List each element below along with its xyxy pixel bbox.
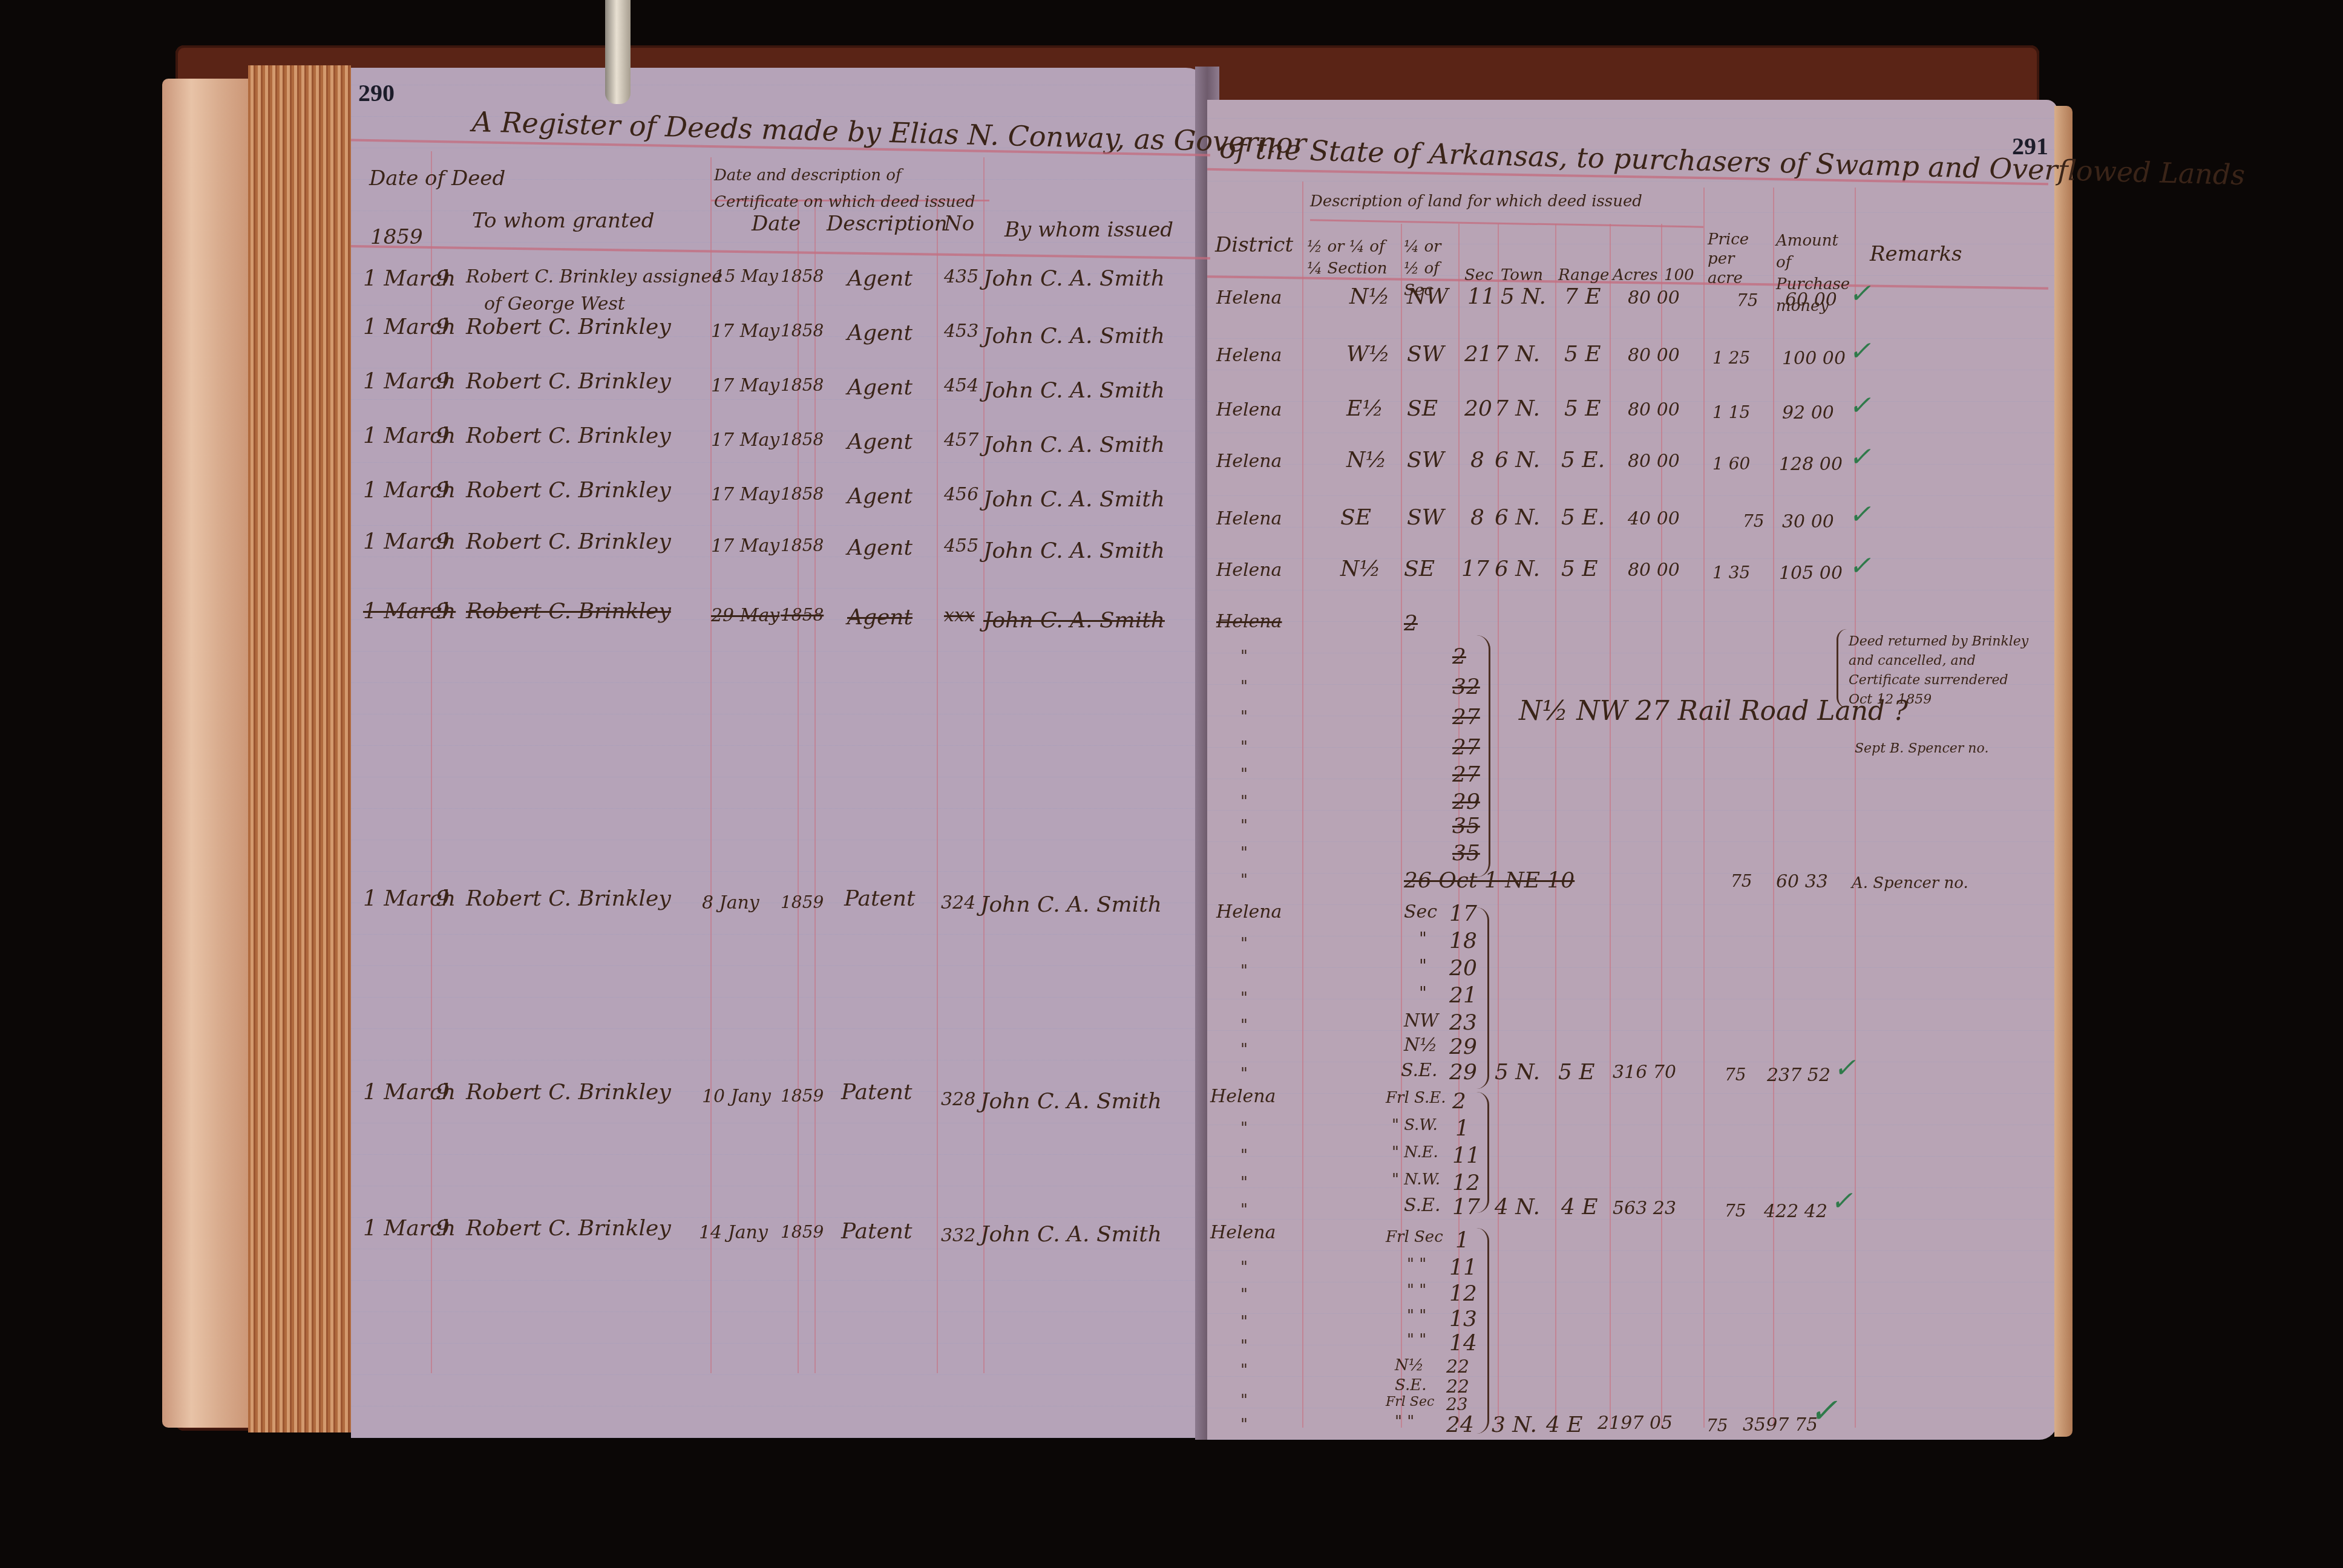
ditto-mark: " (1240, 989, 1248, 1007)
brace (1476, 635, 1490, 877)
brace (1837, 629, 1847, 708)
row-cert-desc: Agent (847, 535, 913, 560)
row-day: 9 (436, 266, 450, 291)
col-divider (1555, 224, 1556, 1428)
page-stack (248, 65, 351, 1432)
ditto-mark: " (1240, 1016, 1248, 1034)
hdr-cert-date: Date (752, 212, 801, 236)
row-range: 5 E. (1561, 505, 1605, 530)
row-sec: 20 (1464, 396, 1492, 421)
brace (1476, 1092, 1489, 1213)
row-town: 6 N. (1495, 557, 1540, 581)
row-cert-date: 17 May (711, 535, 779, 557)
row-price: 1 35 (1712, 563, 1750, 583)
cancelled-price: 75 (1731, 871, 1752, 891)
hdr-acres: Acres (1613, 266, 1658, 284)
line-part: Sec (1404, 901, 1437, 923)
row-district: Helena (1216, 451, 1282, 472)
row-grantee: Robert C. Brinkley (466, 369, 671, 394)
row-part: E½ (1346, 396, 1383, 421)
row-cert-date: 29 May (711, 605, 779, 626)
row-cert-no: 457 (944, 430, 978, 451)
book-page-edge (162, 79, 259, 1428)
line-part: S.E. (1404, 1195, 1440, 1216)
line-sec: 20 (1449, 956, 1477, 981)
cancelled-sec: 29 (1452, 789, 1480, 814)
row-cert-no: 456 (944, 484, 978, 505)
col-divider (1855, 188, 1856, 1428)
cancelled-amount: 60 33 (1776, 871, 1828, 892)
checkmark-icon: ✓ (1849, 336, 1871, 367)
line-sec: 13 (1449, 1307, 1477, 1331)
row-amount: 92 00 (1782, 402, 1834, 423)
row-price: 75 (1706, 1416, 1728, 1436)
line-sec: 18 (1449, 929, 1477, 953)
row-cert-no: 455 (944, 535, 978, 557)
row-issuer: John C. A. Smith (983, 324, 1165, 348)
checkmark-icon: ✓ (1830, 1186, 1853, 1217)
row-issuer: John C. A. Smith (983, 378, 1165, 403)
row-range: 5 E (1558, 1060, 1595, 1085)
row-grantee: Robert C. Brinkley (466, 1216, 671, 1241)
ditto-mark: " (1240, 1146, 1248, 1165)
row-quarter: SE (1404, 557, 1435, 581)
hdr-district: District (1215, 233, 1293, 257)
row-acres: 80 00 (1628, 345, 1680, 366)
row-price: 75 (1737, 290, 1758, 310)
row-range: 5 E. (1561, 448, 1605, 472)
row-day: 9 (436, 1216, 450, 1241)
checkmark-icon: ✓ (1849, 390, 1871, 421)
ditto-mark: " (1240, 765, 1248, 783)
ditto-mark: " (1240, 792, 1248, 811)
line-sec: 23 (1449, 1010, 1477, 1035)
row-amount: 105 00 (1779, 563, 1843, 584)
ditto-mark: " (1240, 1361, 1248, 1379)
row-grantee: Robert C. Brinkley assignee (466, 266, 723, 287)
row-acres: 2197 05 (1597, 1413, 1673, 1434)
row-grantee: Robert C. Brinkley (466, 529, 671, 554)
line-part: S.E. (1395, 1376, 1426, 1394)
line-sec: 14 (1449, 1331, 1477, 1356)
ditto-mark: " (1240, 871, 1248, 889)
row-cert-desc: Agent (847, 484, 913, 509)
row-town: 7 N. (1495, 342, 1540, 367)
ditto-mark: " (1240, 817, 1248, 835)
row-part: W½ (1346, 342, 1390, 367)
row-cert-date: 15 May (714, 266, 778, 286)
hdr-date-of: Date of Deed (369, 166, 505, 191)
line-part: " " (1407, 1255, 1426, 1273)
line-sec: 29 (1449, 1060, 1477, 1085)
row-cert-desc: Agent (847, 375, 913, 400)
row-cert-year: 1858 (781, 266, 824, 286)
line-part: " N.E. (1392, 1143, 1438, 1161)
row-district: Helena (1216, 901, 1282, 923)
row-district: Helena (1216, 345, 1282, 366)
row-cert-year: 1859 (781, 892, 824, 912)
row-town: 6 N. (1495, 505, 1540, 530)
ditto-mark: " (1240, 935, 1248, 953)
row-range: 5 E (1564, 342, 1601, 367)
hdr-part-of-section: ½ or ¼ of ¼ Section (1307, 236, 1398, 279)
row-acres: 80 00 (1628, 451, 1680, 472)
row-issuer: John C. A. Smith (980, 892, 1162, 917)
row-price: 1 25 (1712, 348, 1750, 368)
ditto-mark: " (1240, 1285, 1248, 1304)
line-sec: 12 (1449, 1281, 1477, 1306)
line-part: N½ (1395, 1356, 1424, 1374)
line-part: " " (1395, 1413, 1414, 1431)
line-part: Frl Sec (1386, 1228, 1443, 1246)
row-cert-date: 17 May (711, 375, 779, 396)
row-acres: 80 00 (1628, 560, 1680, 581)
row-cert-date: 17 May (711, 430, 779, 451)
ditto-mark: " (1240, 1313, 1248, 1331)
col-divider (937, 200, 938, 1373)
hdr-sec: Sec (1464, 266, 1493, 284)
col-divider (1703, 188, 1705, 1428)
line-part: " (1419, 929, 1427, 949)
ditto-mark: " (1240, 1040, 1248, 1059)
row-sec: 11 (1467, 284, 1495, 309)
row-cert-desc: Agent (847, 266, 913, 291)
row-cert-desc: Patent (844, 886, 916, 911)
col-divider (1610, 224, 1611, 1428)
line-sec: 17 (1449, 901, 1477, 926)
row-day: 9 (436, 529, 450, 554)
row-quarter: SW (1407, 505, 1444, 530)
row-amount: 100 00 (1782, 348, 1846, 369)
row-grantee: Robert C. Brinkley (466, 478, 671, 503)
cancelled-sec: 2 (1404, 611, 1418, 636)
ditto-mark: " (1240, 1258, 1248, 1276)
row-town: 6 N. (1495, 448, 1540, 472)
col-divider (1302, 181, 1303, 1428)
cancelled-sec: 27 (1452, 762, 1480, 787)
checkmark-icon: ✓ (1833, 1053, 1856, 1083)
ditto-mark: " (1240, 1119, 1248, 1137)
row-issuer: John C. A. Smith (983, 538, 1165, 563)
hdr-land-group: Description of land for which deed issue… (1310, 192, 1642, 211)
row-sec: 21 (1464, 342, 1492, 367)
right-page-edge (2054, 106, 2073, 1437)
checkmark-icon: ✓ (1849, 550, 1871, 581)
ditto-mark: " (1240, 678, 1248, 696)
line-part: " N.W. (1392, 1171, 1440, 1189)
row-cert-no: xxx (944, 605, 975, 626)
row-cert-desc: Patent (841, 1080, 913, 1105)
ditto-mark: " (1240, 738, 1248, 756)
row-grantee: Robert C. Brinkley (466, 886, 671, 911)
row-day: 9 (436, 369, 450, 394)
row-cert-year: 1858 (781, 605, 824, 625)
line-sec: 22 (1446, 1356, 1469, 1377)
brace (1476, 907, 1489, 1089)
row-cert-no: 332 (941, 1225, 975, 1246)
row-cert-no: 454 (944, 375, 978, 396)
row-part: N½ (1340, 557, 1380, 581)
hdr-price: Price per acre (1708, 230, 1768, 288)
row-grantee: Robert C. Brinkley (466, 423, 671, 448)
row-acres: 80 00 (1628, 399, 1680, 420)
hdr-cert-group: Date and description of Certificate on w… (714, 162, 986, 215)
hdr-cert-desc: Description (827, 212, 948, 236)
row-acres: 40 00 (1628, 508, 1680, 529)
checkmark-icon: ✓ (1849, 442, 1871, 472)
row-district: Helena (1216, 508, 1282, 529)
row-grantee-2: of George West (484, 293, 625, 315)
ditto-mark: " (1240, 1337, 1248, 1355)
row-range: 4 E (1561, 1195, 1598, 1220)
line-sec: 12 (1452, 1171, 1480, 1195)
row-price: 75 (1743, 511, 1765, 531)
row-town: 5 N. (1495, 1060, 1540, 1085)
hdr-remarks: Remarks (1870, 242, 1962, 266)
hdr-to-whom: To whom granted (472, 209, 655, 233)
row-range: 4 E (1546, 1413, 1583, 1437)
remark-spencer-2: A. Spencer no. (1852, 874, 1968, 892)
row-cert-desc: Agent (847, 430, 913, 454)
remark-spencer: Sept B. Spencer no. (1855, 741, 1988, 756)
row-part: N½ (1349, 284, 1389, 309)
row-district: Helena (1216, 560, 1282, 581)
row-cert-no: 328 (941, 1089, 975, 1110)
row-cert-date: 14 Jany (699, 1222, 768, 1243)
line-sec: 21 (1449, 983, 1477, 1008)
row-cert-desc: Patent (841, 1219, 913, 1244)
ditto-mark: " (1240, 647, 1248, 665)
row-cert-year: 1858 (781, 535, 824, 555)
row-cert-no: 453 (944, 321, 978, 342)
row-issuer: John C. A. Smith (983, 608, 1165, 633)
row-district: Helena (1216, 611, 1282, 632)
row-cert-desc: Agent (847, 605, 913, 630)
row-cert-desc: Agent (847, 321, 913, 345)
row-town: 3 N. (1492, 1413, 1537, 1437)
row-cert-year: 1859 (781, 1086, 824, 1106)
row-town: 7 N. (1495, 396, 1540, 421)
row-price: 75 (1725, 1065, 1746, 1085)
row-cert-year: 1858 (781, 321, 824, 341)
hdr-year: 1859 (370, 225, 423, 249)
row-district: Helena (1210, 1086, 1276, 1107)
row-acres: 563 23 (1613, 1198, 1676, 1219)
row-issuer: John C. A. Smith (980, 1222, 1162, 1247)
cancelled-sec: 27 (1452, 705, 1480, 730)
row-acres: 80 00 (1628, 287, 1680, 309)
row-amount: 422 42 (1764, 1201, 1827, 1222)
line-sec: 11 (1449, 1255, 1477, 1280)
line-sec: 17 (1452, 1195, 1480, 1220)
ditto-mark: " (1240, 844, 1248, 862)
cancelled-sec: 27 (1452, 735, 1480, 760)
line-part: S.E. (1401, 1060, 1437, 1081)
row-cert-year: 1858 (781, 430, 824, 449)
line-sec: 24 (1446, 1413, 1474, 1437)
row-day: 9 (436, 886, 450, 911)
line-sec: 1 (1455, 1228, 1469, 1253)
row-grantee: Robert C. Brinkley (466, 1080, 671, 1105)
checkmark-icon: ✓ (1849, 499, 1871, 530)
row-cert-date: 10 Jany (702, 1086, 771, 1107)
col-divider (1401, 224, 1402, 1428)
metal-bookmark (605, 0, 631, 104)
line-part: NW (1404, 1010, 1438, 1031)
row-amount: 30 00 (1782, 511, 1834, 532)
hdr-hundredths: 100 (1664, 266, 1694, 284)
line-part: " (1419, 956, 1427, 976)
row-district: Helena (1216, 399, 1282, 420)
row-acres: 316 70 (1613, 1062, 1676, 1083)
row-quarter: SE (1407, 396, 1438, 421)
row-cert-no: 324 (941, 892, 975, 913)
line-part: Frl Sec (1386, 1394, 1434, 1410)
row-part: N½ (1346, 448, 1386, 472)
row-amount: 60 00 (1785, 289, 1837, 310)
line-part: " " (1407, 1331, 1426, 1349)
ditto-mark: " (1240, 1174, 1248, 1192)
row-amount: 128 00 (1779, 454, 1843, 475)
line-sec: 23 (1446, 1394, 1468, 1414)
row-price: 75 (1725, 1201, 1746, 1221)
row-district: Helena (1210, 1222, 1276, 1243)
row-amount: 3597 75 (1743, 1414, 1818, 1436)
row-sec: 17 (1461, 557, 1489, 581)
row-day: 9 (436, 315, 450, 339)
ditto-mark: " (1240, 962, 1248, 980)
row-quarter: NW (1407, 284, 1449, 309)
row-day: 9 (436, 599, 450, 624)
cancelled-sec: 35 (1452, 841, 1480, 866)
hdr-range: Range (1558, 266, 1609, 284)
row-cert-date: 17 May (711, 321, 779, 342)
row-cert-year: 1859 (781, 1222, 824, 1242)
row-cert-no: 435 (944, 266, 978, 287)
col-divider (1773, 188, 1774, 1428)
ditto-mark: " (1240, 1065, 1248, 1083)
row-grantee: Robert C. Brinkley (466, 315, 671, 339)
line-part: " " (1407, 1307, 1426, 1325)
row-day: 9 (436, 423, 450, 448)
hdr-cert-no: No (944, 212, 974, 236)
line-part: " (1419, 983, 1427, 1003)
row-amount: 237 52 (1767, 1065, 1830, 1086)
checkmark-icon: ✓ (1809, 1391, 1838, 1431)
row-day: 9 (436, 1080, 450, 1105)
row-sec: 8 (1470, 448, 1484, 472)
cancelled-sec: 32 (1452, 675, 1480, 699)
row-cert-date: 8 Jany (702, 892, 759, 913)
ditto-mark: " (1240, 1201, 1248, 1219)
row-range: 7 E (1564, 284, 1601, 309)
line-part: " " (1407, 1281, 1426, 1299)
hdr-by-whom: By whom issued (1004, 218, 1173, 242)
ditto-mark: " (1240, 1416, 1248, 1434)
line-sec: 1 (1455, 1116, 1469, 1141)
hdr-town: Town (1501, 266, 1543, 284)
line-sec: 29 (1449, 1034, 1477, 1059)
checkmark-icon: ✓ (1849, 278, 1871, 309)
ditto-mark: " (1240, 1391, 1248, 1410)
line-part: Frl S.E. (1386, 1089, 1446, 1107)
row-district: Helena (1216, 287, 1282, 309)
row-sec: 8 (1470, 505, 1484, 530)
remark-deed-returned: Deed returned by Brinkley and cancelled,… (1849, 632, 2030, 710)
row-range: 5 E (1564, 396, 1601, 421)
row-cert-year: 1858 (781, 484, 824, 504)
row-town: 4 N. (1495, 1195, 1540, 1220)
line-sec: 2 (1452, 1089, 1466, 1114)
row-issuer: John C. A. Smith (983, 487, 1165, 512)
row-cert-date: 17 May (711, 484, 779, 505)
row-cert-year: 1858 (781, 375, 824, 395)
row-quarter: SW (1407, 448, 1444, 472)
line-part: " S.W. (1392, 1116, 1438, 1134)
line-sec: 11 (1452, 1143, 1480, 1168)
row-issuer: John C. A. Smith (980, 1089, 1162, 1114)
brace (1476, 1228, 1489, 1434)
cancelled-last-line: 26 Oct 1 NE 10 (1404, 868, 1575, 893)
row-price: 1 60 (1712, 454, 1750, 474)
row-range: 5 E (1561, 557, 1598, 581)
ditto-mark: " (1240, 708, 1248, 726)
cancelled-sec: 2 (1452, 644, 1466, 669)
row-part: SE (1340, 505, 1371, 530)
left-page-number: 290 (358, 79, 395, 107)
row-day: 9 (436, 478, 450, 503)
line-part: N½ (1404, 1034, 1437, 1056)
row-issuer: John C. A. Smith (983, 433, 1165, 457)
row-town: 5 N. (1501, 284, 1546, 309)
row-quarter: SW (1407, 342, 1444, 367)
row-price: 1 15 (1712, 402, 1750, 422)
cancelled-sec: 35 (1452, 814, 1480, 838)
row-grantee: Robert C. Brinkley (466, 599, 671, 624)
row-issuer: John C. A. Smith (983, 266, 1165, 291)
